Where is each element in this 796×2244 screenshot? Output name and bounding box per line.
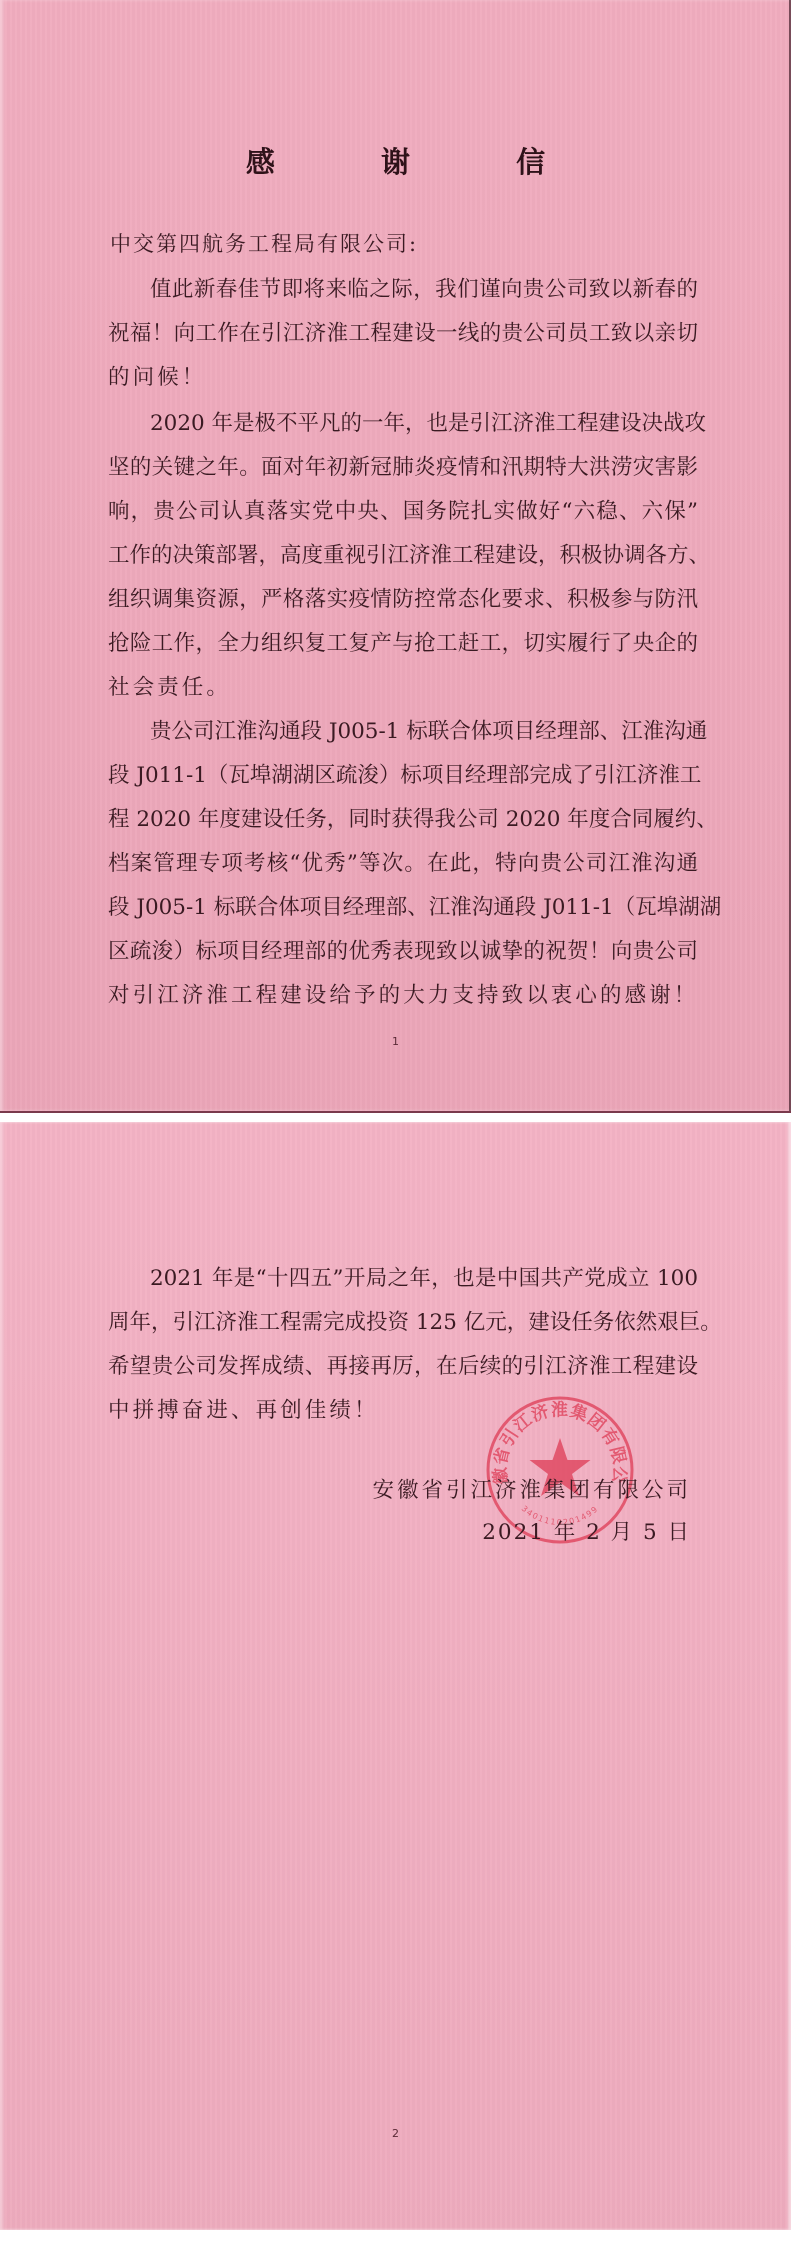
signature-date: 2021 年 2 月 5 日 xyxy=(482,1515,691,1546)
paragraph-achievements: 贵公司江淮沟通段 J005-1 标联合体项目经理部、江淮沟通 段 J011-1（… xyxy=(108,710,698,1018)
text-line: 值此新春佳节即将来临之际，我们谨向贵公司致以新春的 xyxy=(108,268,698,312)
text-line: 区疏浚）标项目经理部的优秀表现致以诚挚的祝贺！向贵公司 xyxy=(108,930,698,974)
salutation: 中交第四航务工程局有限公司: xyxy=(110,228,418,258)
text-line: 社会责任。 xyxy=(108,666,698,710)
letter-page-1: 感 谢 信 中交第四航务工程局有限公司: 值此新春佳节即将来临之际，我们谨向贵公… xyxy=(0,0,791,1113)
text-line: 抢险工作，全力组织复工复产与抢工赶工，切实履行了央企的 xyxy=(108,622,698,666)
text-line: 周年，引江济淮工程需完成投资 125 亿元，建设任务依然艰巨。 xyxy=(108,1301,698,1345)
text-line: 坚的关键之年。面对年初新冠肺炎疫情和汛期特大洪涝灾害影 xyxy=(108,446,698,490)
paragraph-2020-review: 2020 年是极不平凡的一年，也是引江济淮工程建设决战攻 坚的关键之年。面对年初… xyxy=(108,402,698,710)
text-line: 的问候！ xyxy=(108,356,698,400)
text-line: 希望贵公司发挥成绩、再接再厉，在后续的引江济淮工程建设 xyxy=(108,1345,698,1389)
text-line: 组织调集资源，严格落实疫情防控常态化要求、积极参与防汛 xyxy=(108,578,698,622)
paragraph-2021-outlook: 2021 年是“十四五”开局之年，也是中国共产党成立 100 周年，引江济淮工程… xyxy=(108,1257,698,1433)
text-line: 响，贵公司认真落实党中央、国务院扎实做好“六稳、六保” xyxy=(108,490,698,534)
page-number-2: 2 xyxy=(0,2127,791,2140)
text-line: 档案管理专项考核“优秀”等次。在此，特向贵公司江淮沟通 xyxy=(108,842,698,886)
signature-organization: 安徽省引江济淮集团有限公司 xyxy=(372,1473,691,1504)
text-line: 程 2020 年度建设任务，同时获得我公司 2020 年度合同履约、 xyxy=(108,798,698,842)
scan-edge xyxy=(791,0,796,2244)
text-line: 2021 年是“十四五”开局之年，也是中国共产党成立 100 xyxy=(108,1257,698,1301)
text-line: 对引江济淮工程建设给予的大力支持致以衷心的感谢！ xyxy=(108,974,698,1018)
letter-title: 感 谢 信 xyxy=(0,140,791,181)
text-line: 中拼搏奋进、再创佳绩！ xyxy=(108,1389,698,1433)
text-line: 工作的决策部署，高度重视引江济淮工程建设，积极协调各方、 xyxy=(108,534,698,578)
text-line: 贵公司江淮沟通段 J005-1 标联合体项目经理部、江淮沟通 xyxy=(108,710,698,754)
text-line: 段 J005-1 标联合体项目经理部、江淮沟通段 J011-1（瓦埠湖湖 xyxy=(108,886,698,930)
text-line: 段 J011-1（瓦埠湖湖区疏浚）标项目经理部完成了引江济淮工 xyxy=(108,754,698,798)
paragraph-greeting: 值此新春佳节即将来临之际，我们谨向贵公司致以新春的 祝福！向工作在引江济淮工程建… xyxy=(108,268,698,400)
page-number-1: 1 xyxy=(0,1035,791,1048)
text-line: 2020 年是极不平凡的一年，也是引江济淮工程建设决战攻 xyxy=(108,402,698,446)
letter-page-2: 2021 年是“十四五”开局之年，也是中国共产党成立 100 周年，引江济淮工程… xyxy=(0,1122,791,2230)
text-line: 祝福！向工作在引江济淮工程建设一线的贵公司员工致以亲切 xyxy=(108,312,698,356)
